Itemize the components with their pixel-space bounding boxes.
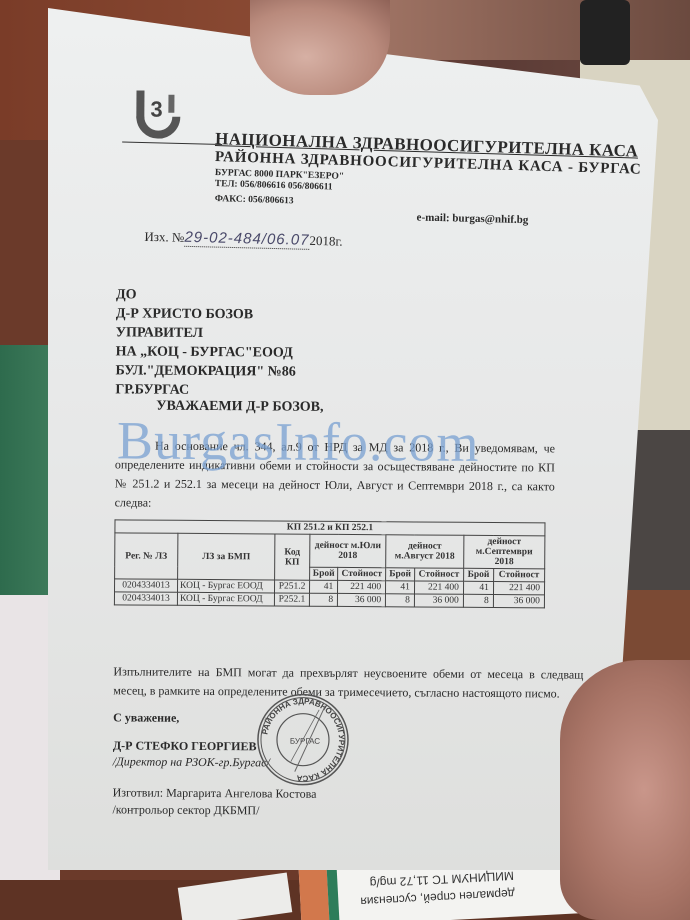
col-count: Брой [310,567,338,580]
svg-text:БУРГАС: БУРГАС [290,737,321,746]
col-code: Код КП [275,534,310,580]
recipient-line: БУЛ."ДЕМОКРАЦИЯ" №86 [115,361,295,381]
signer-title: /Директор на РЗОК-гр.Бургас/ [113,754,270,770]
header-rule [122,142,222,145]
fax: ФАКС: 056/806613 [215,194,294,206]
signer-name: Д-Р СТЕФКО ГЕОРГИЕВ [113,738,257,754]
phone: ТЕЛ: 056/806616 056/806611 [215,179,333,192]
col-july: дейност м.Юли 2018 [310,534,386,568]
recipient-line: УПРАВИТЕЛ [116,323,296,343]
recipient-line: Д-Р ХРИСТО БОЗОВ [116,304,296,324]
email: e-mail: burgas@nhif.bg [416,211,528,226]
recipient-line: НА „КОЦ - БУРГАС"ЕООД [116,342,296,362]
hand-right [560,660,690,920]
table-row: 0204334013 КОЦ - Бургас ЕООД P252.1 8 36… [114,592,544,608]
col-facility: ЛЗ за БМП [178,533,275,580]
col-reg-no: Рег. № ЛЗ [115,533,178,579]
col-count: Брой [386,568,415,581]
recipient-line: ДО [116,285,296,305]
col-value: Стойност [414,568,463,581]
watermark: BurgasInfo.com [117,409,480,474]
col-value: Стойност [338,567,386,580]
volumes-table: КП 251.2 и КП 252.1 Рег. № ЛЗ ЛЗ за БМП … [114,519,546,608]
official-stamp-icon: РАЙОННА ЗДРАВНООСИГУРИТЕЛНА КАСА БУРГАС [255,691,352,788]
outgoing-number: Изх. №29-02-484/06.072018г. [144,228,343,250]
col-value: Стойност [493,569,544,582]
col-august: дейност м.Август 2018 [386,535,464,569]
prepared-by: Изготвил: Маргарита Ангелова Костова [113,785,317,801]
recipient-line: ГР.БУРГАС [115,380,295,400]
salutation: С уважение, [113,710,179,725]
svg-text:3: 3 [150,97,162,122]
prepared-role: /контрольор сектор ДКБМП/ [112,802,259,818]
recipient-block: ДО Д-Р ХРИСТО БОЗОВ УПРАВИТЕЛ НА „КОЦ - … [115,285,296,400]
handwritten-number: 29-02-484/06.07 [184,229,309,250]
col-count: Брой [463,568,493,581]
nhif-logo-icon: 3 [132,86,184,138]
col-september: дейност м.Септември 2018 [464,535,545,569]
